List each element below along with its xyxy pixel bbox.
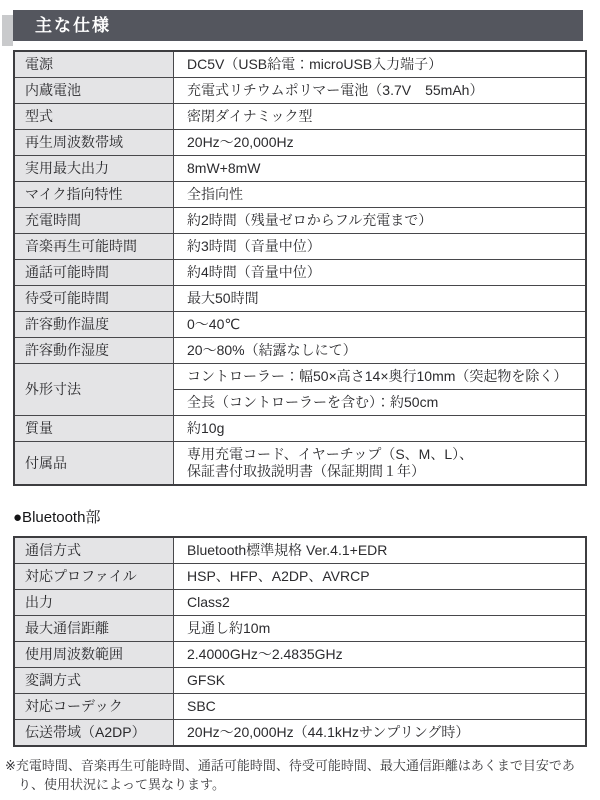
spec-value-cell: 全長（コントローラーを含む）：約50cm [174, 390, 587, 416]
spec-row: 実用最大出力8mW+8mW [14, 156, 586, 182]
spec-value-line: 最大50時間 [187, 290, 577, 307]
spec-value-cell: 密閉ダイナミック型 [174, 104, 587, 130]
main-spec-table-wrap: 電源DC5V（USB給電：microUSB入力端子）内蔵電池充電式リチウムポリマ… [13, 50, 587, 486]
spec-row: 変調方式GFSK [14, 668, 586, 694]
spec-row: 質量約10g [14, 416, 586, 442]
spec-value-cell: 約4時間（音量中位） [174, 260, 587, 286]
spec-value-line: 20Hz～20,000Hz [187, 134, 577, 151]
title-bar-shadow-strip [2, 15, 13, 46]
spec-value-line: 20～80%（結露なしにて） [187, 342, 577, 359]
spec-row: 伝送帯域（A2DP）20Hz～20,000Hz（44.1kHzサンプリング時） [14, 720, 586, 747]
spec-value-line: 見通し約10m [187, 620, 577, 637]
spec-row: 出力Class2 [14, 590, 586, 616]
spec-value-cell: 専用充電コード、イヤーチップ（S、M、L）、保証書付取扱説明書（保証期間１年） [174, 442, 587, 486]
spec-row: 音楽再生可能時間約3時間（音量中位） [14, 234, 586, 260]
spec-row: 型式密閉ダイナミック型 [14, 104, 586, 130]
spec-value-cell: 20Hz～20,000Hz [174, 130, 587, 156]
spec-row: 使用周波数範囲2.4000GHz～2.4835GHz [14, 642, 586, 668]
spec-value-line: 約3時間（音量中位） [187, 238, 577, 255]
spec-value-line: GFSK [187, 672, 577, 689]
spec-value-cell: 0～40℃ [174, 312, 587, 338]
spec-row: 再生周波数帯域20Hz～20,000Hz [14, 130, 586, 156]
page-title: 主な仕様 [13, 10, 583, 41]
spec-value-cell: 約3時間（音量中位） [174, 234, 587, 260]
spec-value-cell: 8mW+8mW [174, 156, 587, 182]
spec-value-line: 0～40℃ [187, 316, 577, 333]
spec-value-cell: DC5V（USB給電：microUSB入力端子） [174, 51, 587, 78]
spec-label-cell: 許容動作温度 [14, 312, 174, 338]
spec-label-cell: 音楽再生可能時間 [14, 234, 174, 260]
spec-row: 通話可能時間約4時間（音量中位） [14, 260, 586, 286]
spec-value-line: 約4時間（音量中位） [187, 264, 577, 281]
spec-value-cell: 20～80%（結露なしにて） [174, 338, 587, 364]
spec-value-line: 全指向性 [187, 186, 577, 203]
spec-label-cell: 再生周波数帯域 [14, 130, 174, 156]
spec-value-cell: Bluetooth標準規格 Ver.4.1+EDR [174, 537, 587, 564]
spec-value-line: 約2時間（残量ゼロからフル充電まで） [187, 212, 577, 229]
spec-label-cell: 伝送帯域（A2DP） [14, 720, 174, 747]
spec-label-cell: 変調方式 [14, 668, 174, 694]
spec-row: 通信方式Bluetooth標準規格 Ver.4.1+EDR [14, 537, 586, 564]
spec-row: 最大通信距離見通し約10m [14, 616, 586, 642]
spec-value-line: 保証書付取扱説明書（保証期間１年） [187, 463, 577, 480]
spec-label-cell: 実用最大出力 [14, 156, 174, 182]
spec-value-cell: SBC [174, 694, 587, 720]
spec-value-cell: 約10g [174, 416, 587, 442]
spec-value-cell: GFSK [174, 668, 587, 694]
spec-row: マイク指向特性全指向性 [14, 182, 586, 208]
spec-row: 対応コーデックSBC [14, 694, 586, 720]
spec-row: 付属品専用充電コード、イヤーチップ（S、M、L）、保証書付取扱説明書（保証期間１… [14, 442, 586, 486]
spec-label-cell: 充電時間 [14, 208, 174, 234]
spec-row: 許容動作温度0～40℃ [14, 312, 586, 338]
bluetooth-spec-table-wrap: 通信方式Bluetooth標準規格 Ver.4.1+EDR対応プロファイルHSP… [13, 536, 587, 747]
spec-label-cell: 通話可能時間 [14, 260, 174, 286]
spec-label-cell: 通信方式 [14, 537, 174, 564]
spec-value-cell: 20Hz～20,000Hz（44.1kHzサンプリング時） [174, 720, 587, 747]
spec-row: 電源DC5V（USB給電：microUSB入力端子） [14, 51, 586, 78]
spec-label-cell: 型式 [14, 104, 174, 130]
spec-label-cell: 最大通信距離 [14, 616, 174, 642]
spec-label-cell: 電源 [14, 51, 174, 78]
spec-value-line: 8mW+8mW [187, 160, 577, 177]
spec-value-line: HSP、HFP、A2DP、AVRCP [187, 568, 577, 585]
bluetooth-spec-table-body: 通信方式Bluetooth標準規格 Ver.4.1+EDR対応プロファイルHSP… [14, 537, 586, 746]
spec-sheet-page: 主な仕様 電源DC5V（USB給電：microUSB入力端子）内蔵電池充電式リチ… [0, 10, 600, 794]
spec-row: 対応プロファイルHSP、HFP、A2DP、AVRCP [14, 564, 586, 590]
spec-value-cell: HSP、HFP、A2DP、AVRCP [174, 564, 587, 590]
bluetooth-spec-table: 通信方式Bluetooth標準規格 Ver.4.1+EDR対応プロファイルHSP… [13, 536, 587, 747]
spec-value-line: SBC [187, 698, 577, 715]
spec-label-cell: 待受可能時間 [14, 286, 174, 312]
spec-value-line: DC5V（USB給電：microUSB入力端子） [187, 56, 577, 73]
bluetooth-section-label: ●Bluetooth部 [13, 506, 587, 527]
spec-label-cell: 出力 [14, 590, 174, 616]
spec-value-line: 密閉ダイナミック型 [187, 108, 577, 125]
spec-label-cell: 許容動作湿度 [14, 338, 174, 364]
title-bar: 主な仕様 [13, 10, 583, 41]
spec-row: 内蔵電池充電式リチウムポリマー電池（3.7V 55mAh） [14, 78, 586, 104]
spec-label-cell: 対応コーデック [14, 694, 174, 720]
spec-value-line: 20Hz～20,000Hz（44.1kHzサンプリング時） [187, 724, 577, 741]
main-spec-table-body: 電源DC5V（USB給電：microUSB入力端子）内蔵電池充電式リチウムポリマ… [14, 51, 586, 485]
spec-row: 外形寸法コントローラー：幅50×高さ14×奥行10mm（突起物を除く） [14, 364, 586, 390]
spec-label-cell: 付属品 [14, 442, 174, 486]
spec-value-cell: 2.4000GHz～2.4835GHz [174, 642, 587, 668]
spec-row: 待受可能時間最大50時間 [14, 286, 586, 312]
footnote: ※充電時間、音楽再生可能時間、通話可能時間、待受可能時間、最大通信距離はあくまで… [5, 756, 594, 794]
spec-value-cell: 最大50時間 [174, 286, 587, 312]
spec-value-line: 充電式リチウムポリマー電池（3.7V 55mAh） [187, 82, 577, 99]
spec-label-cell: マイク指向特性 [14, 182, 174, 208]
main-spec-table: 電源DC5V（USB給電：microUSB入力端子）内蔵電池充電式リチウムポリマ… [13, 50, 587, 486]
spec-value-cell: 全指向性 [174, 182, 587, 208]
spec-value-cell: Class2 [174, 590, 587, 616]
spec-label-cell: 外形寸法 [14, 364, 174, 416]
spec-label-cell: 使用周波数範囲 [14, 642, 174, 668]
spec-value-line: 専用充電コード、イヤーチップ（S、M、L）、 [187, 446, 577, 463]
spec-value-line: Bluetooth標準規格 Ver.4.1+EDR [187, 542, 577, 559]
spec-value-line: 2.4000GHz～2.4835GHz [187, 646, 577, 663]
spec-value-cell: 充電式リチウムポリマー電池（3.7V 55mAh） [174, 78, 587, 104]
spec-label-cell: 対応プロファイル [14, 564, 174, 590]
spec-row: 許容動作湿度20～80%（結露なしにて） [14, 338, 586, 364]
spec-value-cell: 見通し約10m [174, 616, 587, 642]
spec-value-cell: コントローラー：幅50×高さ14×奥行10mm（突起物を除く） [174, 364, 587, 390]
spec-value-cell: 約2時間（残量ゼロからフル充電まで） [174, 208, 587, 234]
spec-label-cell: 内蔵電池 [14, 78, 174, 104]
spec-row: 充電時間約2時間（残量ゼロからフル充電まで） [14, 208, 586, 234]
spec-label-cell: 質量 [14, 416, 174, 442]
spec-value-line: Class2 [187, 594, 577, 611]
spec-value-line: 約10g [187, 420, 577, 437]
